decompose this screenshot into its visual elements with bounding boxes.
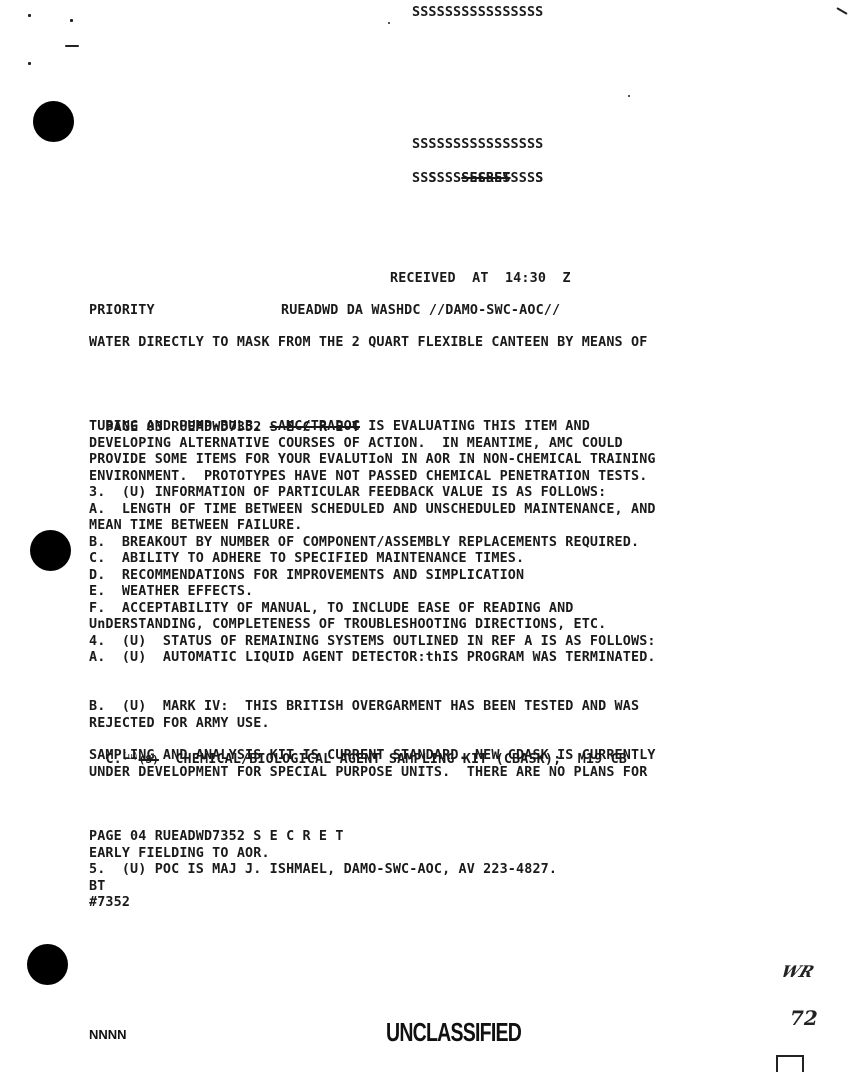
body-line: TUBING AND PUMP-BULB. AMC/TRADOC IS EVAL… [89,419,590,436]
body-line: 4. (U) STATUS OF REMAINING SYSTEMS OUTLI… [89,634,656,651]
classification-row-3: SSSSSSSSSSSSSSSS [412,171,543,188]
routing-line: RUEADWD DA WASHDC //DAMO-SWC-AOC// [281,303,560,320]
end-marker: NNNN [89,1027,127,1042]
handwritten-bracket-mark [776,1055,804,1072]
body-line: SAMPLING AND ANALYSIS KIT IS CURRENT STA… [89,748,656,765]
handwritten-page-number: 72 [790,1006,818,1030]
body-line: ENVIRONMENT. PROTOTYPES HAVE NOT PASSED … [89,469,647,486]
body-line: C. ABILITY TO ADHERE TO SPECIFIED MAINTE… [89,551,524,568]
scan-speck [65,45,79,47]
body-line: #7352 [89,895,130,912]
body-line: REJECTED FOR ARMY USE. [89,716,270,733]
unclassified-stamp: UNCLASSIFIED [386,1017,521,1047]
scan-speck [836,7,847,15]
classification-row-1: SSSSSSSSSSSSSSSS [412,137,543,154]
body-line: UNDER DEVELOPMENT FOR SPECIAL PURPOSE UN… [89,765,647,782]
continuation-line: WATER DIRECTLY TO MASK FROM THE 2 QUART … [89,335,647,352]
scan-speck [628,95,630,97]
body-line: 3. (U) INFORMATION OF PARTICULAR FEEDBAC… [89,485,606,502]
body-line: B. BREAKOUT BY NUMBER OF COMPONENT/ASSEM… [89,535,639,552]
body-line: A. LENGTH OF TIME BETWEEN SCHEDULED AND … [89,502,656,519]
scan-speck [28,14,31,17]
hole-punch-top [33,101,74,142]
hole-punch-middle [30,530,71,571]
top-banner: SSSSSSSSSSSSSSSS [412,5,543,22]
received-time: RECEIVED AT 14:30 Z [390,271,571,288]
handwritten-initials: WR [779,962,817,981]
body-line: A. (U) AUTOMATIC LIQUID AGENT DETECTOR:t… [89,650,656,667]
body-line: DEVELOPING ALTERNATIVE COURSES OF ACTION… [89,436,623,453]
body-line: PROVIDE SOME ITEMS FOR YOUR EVALUTIoN IN… [89,452,656,469]
priority-label: PRIORITY [89,303,155,320]
scan-speck [28,62,31,65]
body-line: EARLY FIELDING TO AOR. [89,846,270,863]
body-line: UnDERSTANDING, COMPLETENESS OF TROUBLESH… [89,617,606,634]
body-line: B. (U) MARK IV: THIS BRITISH OVERGARMENT… [89,699,639,716]
body-line: F. ACCEPTABILITY OF MANUAL, TO INCLUDE E… [89,601,574,618]
scan-speck [70,19,73,22]
scan-speck [388,22,390,24]
body-line: 5. (U) POC IS MAJ J. ISHMAEL, DAMO-SWC-A… [89,862,557,879]
body-line: D. RECOMMENDATIONS FOR IMPROVEMENTS AND … [89,568,524,585]
hole-punch-bottom [27,944,68,985]
body-line: MEAN TIME BETWEEN FAILURE. [89,518,303,535]
body-line: E. WEATHER EFFECTS. [89,584,253,601]
page4-header: PAGE 04 RUEADWD7352 S E C R E T [89,829,344,846]
body-line: BT [89,879,105,896]
